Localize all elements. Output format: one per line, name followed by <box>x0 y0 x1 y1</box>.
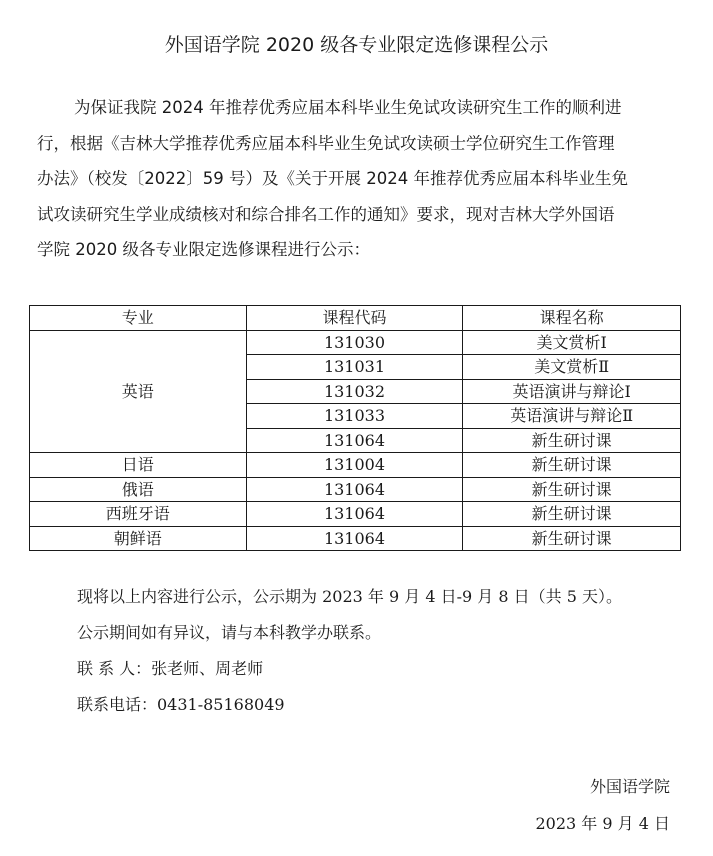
signature-date: 2023 年 9 月 4 日 <box>535 805 670 842</box>
major-cell: 朝鲜语 <box>30 526 247 551</box>
intro-line: 学院 2020 级各专业限定选修课程进行公示： <box>37 232 677 268</box>
major-cell: 英语 <box>30 330 247 453</box>
course-name-cell: 美文赏析Ⅱ <box>463 355 681 380</box>
course-code-cell: 131004 <box>246 453 463 478</box>
objection-note: 公示期间如有异议，请与本科教学办联系。 <box>77 615 622 651</box>
header-major: 专业 <box>30 306 247 331</box>
course-name-cell: 新生研讨课 <box>463 502 681 527</box>
course-code-cell: 131033 <box>246 404 463 429</box>
table-row: 朝鲜语 131064 新生研讨课 <box>30 526 681 551</box>
publicity-period-note: 现将以上内容进行公示，公示期为 2023 年 9 月 4 日-9 月 8 日（共… <box>77 579 622 615</box>
major-cell: 俄语 <box>30 477 247 502</box>
table-row: 俄语 131064 新生研讨课 <box>30 477 681 502</box>
course-name-cell: 英语演讲与辩论Ⅰ <box>463 379 681 404</box>
contact-phone: 联系电话：0431-85168049 <box>77 687 622 723</box>
course-code-cell: 131030 <box>246 330 463 355</box>
table-row: 日语 131004 新生研讨课 <box>30 453 681 478</box>
document-title: 外国语学院 2020 级各专业限定选修课程公示 <box>0 30 713 57</box>
header-course-code: 课程代码 <box>246 306 463 331</box>
course-code-cell: 131064 <box>246 477 463 502</box>
course-name-cell: 新生研讨课 <box>463 428 681 453</box>
course-code-cell: 131032 <box>246 379 463 404</box>
table-row: 英语 131030 美文赏析Ⅰ <box>30 330 681 355</box>
intro-paragraph: 为保证我院 2024 年推荐优秀应届本科毕业生免试攻读研究生工作的顺利进 行，根… <box>37 90 677 268</box>
contact-person: 联 系 人：张老师、周老师 <box>77 651 622 687</box>
course-table: 专业 课程代码 课程名称 英语 131030 美文赏析Ⅰ 131031 美文赏析… <box>29 305 681 551</box>
intro-line: 行，根据《吉林大学推荐优秀应届本科毕业生免试攻读硕士学位研究生工作管理 <box>37 126 677 162</box>
course-name-cell: 新生研讨课 <box>463 453 681 478</box>
signature-org: 外国语学院 <box>535 768 670 805</box>
course-name-cell: 美文赏析Ⅰ <box>463 330 681 355</box>
course-code-cell: 131064 <box>246 502 463 527</box>
signature-block: 外国语学院 2023 年 9 月 4 日 <box>535 768 670 842</box>
course-name-cell: 新生研讨课 <box>463 526 681 551</box>
course-code-cell: 131064 <box>246 526 463 551</box>
intro-line: 办法》（校发〔2022〕59 号）及《关于开展 2024 年推荐优秀应届本科毕业… <box>37 161 677 197</box>
header-course-name: 课程名称 <box>463 306 681 331</box>
intro-line: 为保证我院 2024 年推荐优秀应届本科毕业生免试攻读研究生工作的顺利进 <box>37 90 677 126</box>
course-name-cell: 新生研讨课 <box>463 477 681 502</box>
intro-line: 试攻读研究生学业成绩核对和综合排名工作的通知》要求，现对吉林大学外国语 <box>37 197 677 233</box>
course-code-cell: 131064 <box>246 428 463 453</box>
major-cell: 日语 <box>30 453 247 478</box>
table-row: 西班牙语 131064 新生研讨课 <box>30 502 681 527</box>
major-cell: 西班牙语 <box>30 502 247 527</box>
course-code-cell: 131031 <box>246 355 463 380</box>
course-name-cell: 英语演讲与辩论Ⅱ <box>463 404 681 429</box>
notes-section: 现将以上内容进行公示，公示期为 2023 年 9 月 4 日-9 月 8 日（共… <box>77 579 622 723</box>
table-header-row: 专业 课程代码 课程名称 <box>30 306 681 331</box>
